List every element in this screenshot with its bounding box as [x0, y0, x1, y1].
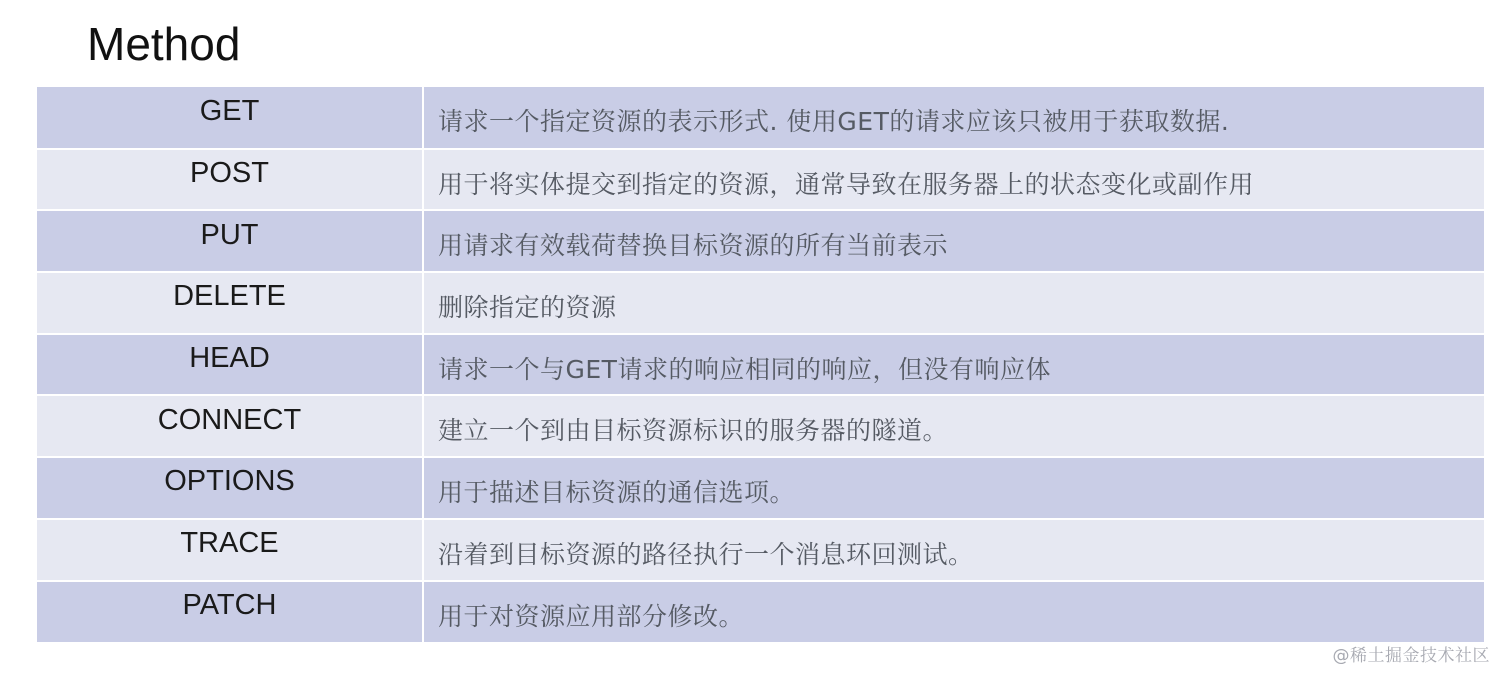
- table-row: OPTIONS 用于描述目标资源的通信选项。: [37, 457, 1484, 519]
- description-cell: 建立一个到由目标资源标识的服务器的隧道。: [423, 395, 1484, 457]
- method-cell: DELETE: [37, 272, 423, 334]
- table-row: PUT 用请求有效载荷替换目标资源的所有当前表示: [37, 210, 1484, 272]
- description-cell: 用于对资源应用部分修改。: [423, 581, 1484, 643]
- method-cell: GET: [37, 87, 423, 149]
- description-cell: 沿着到目标资源的路径执行一个消息环回测试。: [423, 519, 1484, 581]
- table-row: PATCH 用于对资源应用部分修改。: [37, 581, 1484, 643]
- description-cell: 请求一个与GET请求的响应相同的响应，但没有响应体: [423, 334, 1484, 396]
- method-cell: TRACE: [37, 519, 423, 581]
- method-cell: PATCH: [37, 581, 423, 643]
- table-row: GET 请求一个指定资源的表示形式. 使用GET的请求应该只被用于获取数据.: [37, 87, 1484, 149]
- http-methods-table: GET 请求一个指定资源的表示形式. 使用GET的请求应该只被用于获取数据. P…: [37, 87, 1484, 642]
- method-cell: OPTIONS: [37, 457, 423, 519]
- table-row: DELETE 删除指定的资源: [37, 272, 1484, 334]
- method-cell: CONNECT: [37, 395, 423, 457]
- table-row: HEAD 请求一个与GET请求的响应相同的响应，但没有响应体: [37, 334, 1484, 396]
- method-cell: POST: [37, 149, 423, 211]
- page-title: Method: [87, 16, 240, 72]
- method-cell: PUT: [37, 210, 423, 272]
- table-row: TRACE 沿着到目标资源的路径执行一个消息环回测试。: [37, 519, 1484, 581]
- description-cell: 用请求有效载荷替换目标资源的所有当前表示: [423, 210, 1484, 272]
- description-cell: 用于将实体提交到指定的资源，通常导致在服务器上的状态变化或副作用: [423, 149, 1484, 211]
- description-cell: 请求一个指定资源的表示形式. 使用GET的请求应该只被用于获取数据.: [423, 87, 1484, 149]
- watermark: @稀土掘金技术社区: [1333, 641, 1491, 666]
- description-cell: 用于描述目标资源的通信选项。: [423, 457, 1484, 519]
- method-cell: HEAD: [37, 334, 423, 396]
- description-cell: 删除指定的资源: [423, 272, 1484, 334]
- table-row: POST 用于将实体提交到指定的资源，通常导致在服务器上的状态变化或副作用: [37, 149, 1484, 211]
- table-row: CONNECT 建立一个到由目标资源标识的服务器的隧道。: [37, 395, 1484, 457]
